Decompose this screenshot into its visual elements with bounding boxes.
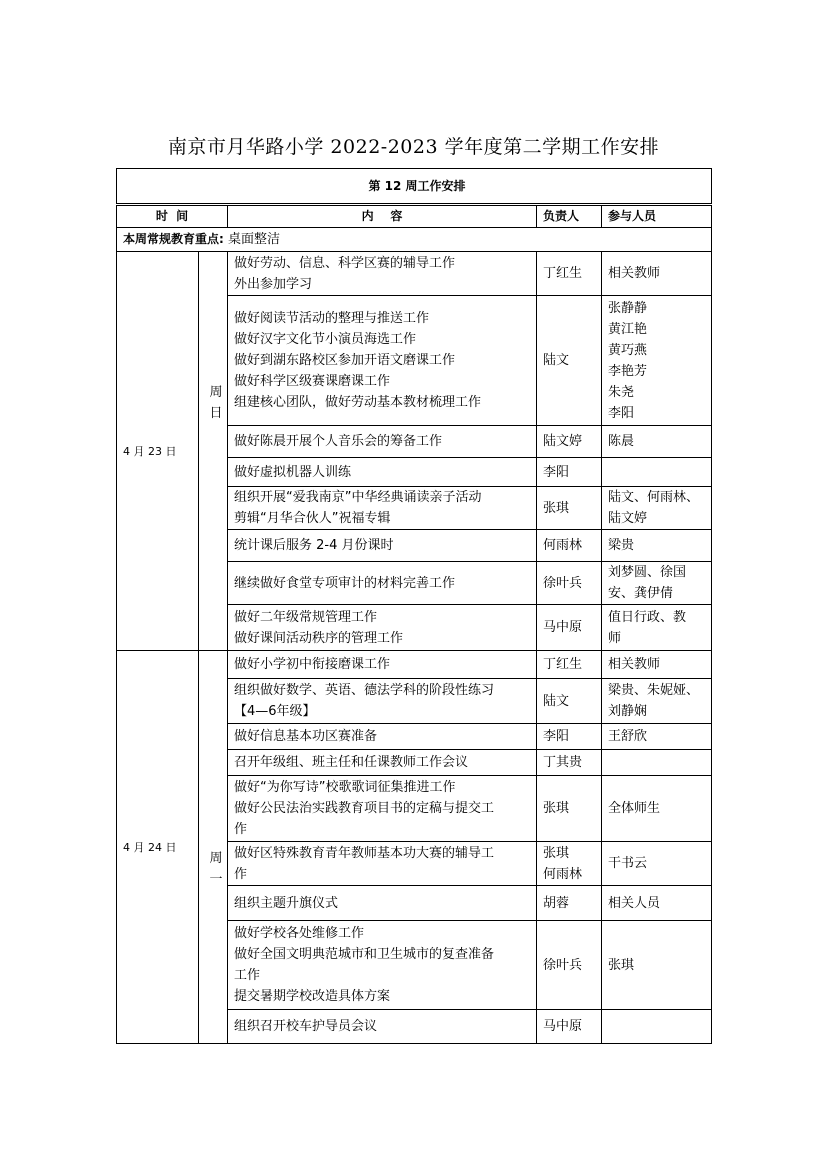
task-content: 做好信息基本功区赛准备 — [228, 724, 537, 750]
task-line: 做好小学初中衔接磨课工作 — [234, 654, 536, 675]
task-line: 做好虚拟机器人训练 — [234, 462, 536, 483]
task-line: 做好科学区级赛课磨课工作 — [234, 371, 536, 392]
weekday-char: 日 — [205, 403, 227, 424]
header-row: 时 间 内 容 负责人 参与人员 — [117, 205, 712, 228]
schedule-row: 4 月 24 日周一做好小学初中衔接磨课工作丁红生相关教师 — [117, 651, 712, 679]
focus-value: 桌面整洁 — [228, 232, 280, 247]
lead-person: 李阳 — [537, 458, 602, 487]
task-line: 做好信息基本功区赛准备 — [234, 726, 536, 747]
week-title: 第 12 周工作安排 — [117, 169, 712, 205]
document-title: 南京市月华路小学 2022-2023 学年度第二学期工作安排 — [0, 132, 827, 159]
date-cell: 4 月 24 日 — [117, 651, 199, 1044]
task-line: 组织召开校车护导员会议 — [234, 1016, 536, 1037]
participants — [602, 1010, 712, 1044]
participants: 相关教师 — [602, 252, 712, 296]
lead-person: 张琪 — [537, 487, 602, 530]
task-content: 组织做好数学、英语、德法学科的阶段性练习【4—6年级】 — [228, 679, 537, 724]
task-line: 做好课间活动秩序的管理工作 — [234, 628, 536, 649]
task-content: 组织开展“爱我南京”中华经典诵读亲子活动剪辑“月华合伙人”祝福专辑 — [228, 487, 537, 530]
task-content: 做好陈晨开展个人音乐会的筹备工作 — [228, 426, 537, 458]
lead-person: 马中原 — [537, 1010, 602, 1044]
task-line: 提交暑期学校改造具体方案 — [234, 986, 536, 1007]
lead-person: 陆文婷 — [537, 426, 602, 458]
weekday-cell: 周日 — [199, 252, 228, 651]
focus-label: 本周常规教育重点: — [123, 232, 224, 246]
lead-person: 丁红生 — [537, 252, 602, 296]
task-line: 做好区特殊教育青年教师基本功大赛的辅导工 — [234, 843, 536, 864]
weekday-char: 周 — [205, 382, 227, 403]
task-content: 做好阅读节活动的整理与推送工作做好汉字文化节小演员海选工作做好到湖东路校区参加开… — [228, 296, 537, 426]
weekday-cell: 周一 — [199, 651, 228, 1044]
header-participants: 参与人员 — [602, 205, 712, 228]
task-content: 做好二年级常规管理工作做好课间活动秩序的管理工作 — [228, 605, 537, 651]
task-line: 做好“为你写诗”校歌歌词征集推进工作 — [234, 777, 536, 798]
task-line: 做好全国文明典范城市和卫生城市的复查准备 — [234, 944, 536, 965]
participants: 陆文、何雨林、 陆文婷 — [602, 487, 712, 530]
participants: 王舒欣 — [602, 724, 712, 750]
lead-person: 陆文 — [537, 296, 602, 426]
task-line: 做好二年级常规管理工作 — [234, 607, 536, 628]
lead-person: 马中原 — [537, 605, 602, 651]
task-content: 做好虚拟机器人训练 — [228, 458, 537, 487]
task-line: 召开年级组、班主任和任课教师工作会议 — [234, 752, 536, 773]
task-content: 做好小学初中衔接磨课工作 — [228, 651, 537, 679]
header-lead: 负责人 — [537, 205, 602, 228]
schedule-row: 4 月 23 日周日做好劳动、信息、科学区赛的辅导工作外出参加学习丁红生相关教师 — [117, 252, 712, 296]
weekly-focus: 本周常规教育重点: 桌面整洁 — [117, 228, 712, 252]
participants: 陈晨 — [602, 426, 712, 458]
date-cell: 4 月 23 日 — [117, 252, 199, 651]
task-content: 统计课后服务 2-4 月份课时 — [228, 530, 537, 562]
lead-person: 丁红生 — [537, 651, 602, 679]
task-content: 召开年级组、班主任和任课教师工作会议 — [228, 750, 537, 776]
task-content: 做好学校各处维修工作做好全国文明典范城市和卫生城市的复查准备工作提交暑期学校改造… — [228, 921, 537, 1010]
task-line: 做好学校各处维修工作 — [234, 923, 536, 944]
task-content: 组织召开校车护导员会议 — [228, 1010, 537, 1044]
participants — [602, 458, 712, 487]
header-content: 内 容 — [228, 205, 537, 228]
task-line: 组建核心团队，做好劳动基本教材梳理工作 — [234, 392, 536, 413]
lead-person: 胡蓉 — [537, 886, 602, 921]
task-line: 组织主题升旗仪式 — [234, 893, 536, 914]
participants: 干书云 — [602, 842, 712, 886]
participants: 梁贵 — [602, 530, 712, 562]
task-line: 剪辑“月华合伙人”祝福专辑 — [234, 508, 536, 529]
participants: 值日行政、教 师 — [602, 605, 712, 651]
participants: 全体师生 — [602, 776, 712, 842]
participants — [602, 750, 712, 776]
task-line: 【4—6年级】 — [234, 701, 536, 722]
task-line: 做好阅读节活动的整理与推送工作 — [234, 308, 536, 329]
task-line: 组织开展“爱我南京”中华经典诵读亲子活动 — [234, 487, 536, 508]
task-line: 工作 — [234, 965, 536, 986]
participants: 张琪 — [602, 921, 712, 1010]
lead-person: 张琪 何雨林 — [537, 842, 602, 886]
lead-person: 何雨林 — [537, 530, 602, 562]
lead-person: 李阳 — [537, 724, 602, 750]
lead-person: 张琪 — [537, 776, 602, 842]
task-line: 继续做好食堂专项审计的材料完善工作 — [234, 573, 536, 594]
task-line: 外出参加学习 — [234, 274, 536, 295]
lead-person: 丁其贵 — [537, 750, 602, 776]
task-line: 作 — [234, 864, 536, 885]
participants: 相关人员 — [602, 886, 712, 921]
week-title-row: 第 12 周工作安排 — [117, 169, 712, 205]
weekday-char: 一 — [205, 869, 227, 890]
task-line: 做好到湖东路校区参加开语文磨课工作 — [234, 350, 536, 371]
participants: 刘梦圆、徐国 安、龚伊倩 — [602, 562, 712, 605]
task-content: 做好劳动、信息、科学区赛的辅导工作外出参加学习 — [228, 252, 537, 296]
task-line: 做好汉字文化节小演员海选工作 — [234, 329, 536, 350]
task-content: 做好“为你写诗”校歌歌词征集推进工作做好公民法治实践教育项目书的定稿与提交工作 — [228, 776, 537, 842]
lead-person: 徐叶兵 — [537, 562, 602, 605]
header-time: 时 间 — [117, 205, 228, 228]
task-line: 做好劳动、信息、科学区赛的辅导工作 — [234, 253, 536, 274]
participants: 相关教师 — [602, 651, 712, 679]
task-content: 组织主题升旗仪式 — [228, 886, 537, 921]
work-schedule-table: 第 12 周工作安排 时 间 内 容 负责人 参与人员 本周常规教育重点: 桌面… — [116, 168, 712, 1044]
weekday-char: 周 — [205, 848, 227, 869]
participants: 梁贵、朱妮娅、 刘静娴 — [602, 679, 712, 724]
participants: 张静静 黄江艳 黄巧燕 李艳芳 朱尧 李阳 — [602, 296, 712, 426]
task-line: 作 — [234, 819, 536, 840]
task-line: 做好公民法治实践教育项目书的定稿与提交工 — [234, 798, 536, 819]
task-line: 做好陈晨开展个人音乐会的筹备工作 — [234, 431, 536, 452]
task-line: 组织做好数学、英语、德法学科的阶段性练习 — [234, 680, 536, 701]
lead-person: 徐叶兵 — [537, 921, 602, 1010]
task-content: 做好区特殊教育青年教师基本功大赛的辅导工作 — [228, 842, 537, 886]
lead-person: 陆文 — [537, 679, 602, 724]
task-line: 统计课后服务 2-4 月份课时 — [234, 535, 536, 556]
focus-row: 本周常规教育重点: 桌面整洁 — [117, 228, 712, 252]
task-content: 继续做好食堂专项审计的材料完善工作 — [228, 562, 537, 605]
